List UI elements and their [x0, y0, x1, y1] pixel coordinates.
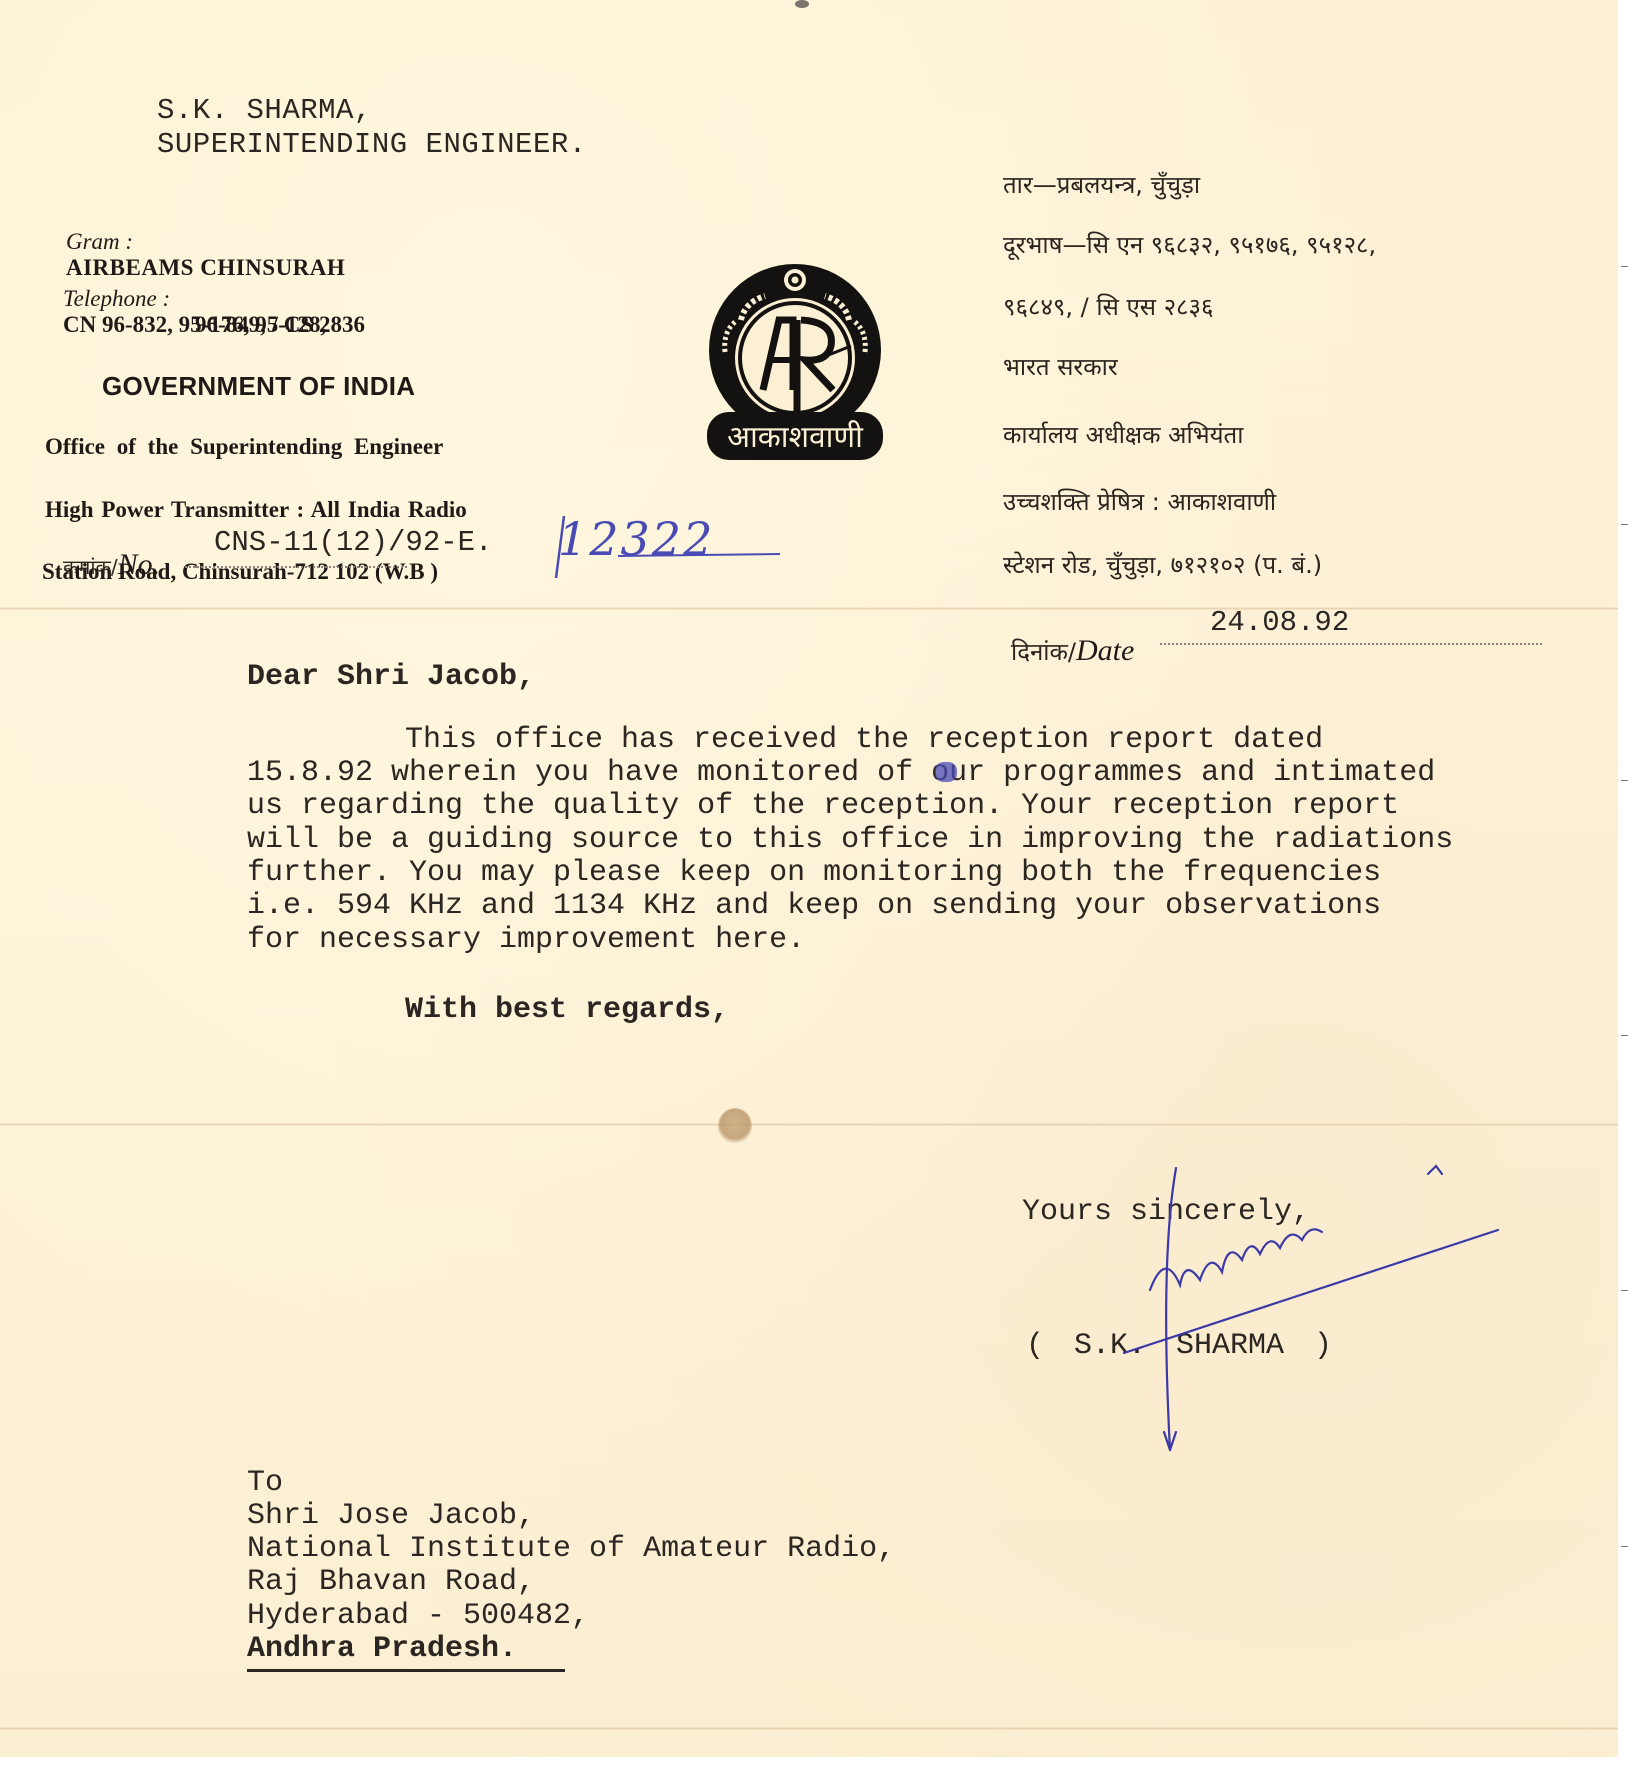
scan-edge-mark [1621, 1035, 1628, 1036]
officer-title: SUPERINTENDING ENGINEER. [157, 128, 587, 161]
body-line: i.e. 594 KHz and 1134 KHz and keep on se… [247, 890, 1381, 923]
paper-fold-line [0, 1123, 1618, 1126]
hindi-gram-line: तार—प्रबलयन्त्र, चुँचुड़ा [1003, 168, 1200, 201]
body-line: 15.8.92 wherein you have monitored of ou… [247, 757, 1435, 790]
all-india-radio-emblem-icon: आकाशवाणी [705, 262, 885, 467]
recipient-line: National Institute of Amateur Radio, [247, 1533, 895, 1566]
date-label-english: Date [1076, 634, 1134, 667]
salutation: Dear Shri Jacob, [247, 660, 535, 694]
recipient-line: Raj Bhavan Road, [247, 1566, 535, 1599]
gram-label: Gram : [66, 229, 133, 254]
regards: With best regards, [405, 993, 729, 1027]
recipient-line: Shri Jose Jacob, [247, 1500, 535, 1533]
hindi-government: भारत सरकार [1003, 350, 1118, 383]
to-label: To [247, 1467, 283, 1500]
svg-text:आकाशवाणी: आकाशवाणी [727, 420, 864, 455]
ink-spot [795, 0, 809, 8]
signature-icon [1110, 1140, 1530, 1460]
reference-number: क्रमांक/No. [55, 530, 160, 582]
ink-correction-mark [935, 762, 957, 782]
telephone-label: Telephone : [63, 286, 170, 311]
station-name: High Power Transmitter : All India Radio [45, 497, 467, 523]
government-of-india: GOVERNMENT OF INDIA [102, 371, 415, 402]
hindi-address: स्टेशन रोड, चुँचुड़ा, ७१२१०२ (प. बं.) [1003, 548, 1322, 581]
paper-fold-line [0, 607, 1618, 610]
scan-edge-mark [1621, 780, 1628, 781]
scan-edge-mark [1621, 524, 1628, 525]
reference-dotted-line [185, 566, 407, 568]
recipient-line: Hyderabad - 500482, [247, 1600, 589, 1633]
scan-edge-mark [1621, 266, 1628, 267]
hindi-telephone-cont: ९६८४९, / सि एस २८३६ [1003, 290, 1214, 323]
paper-fold-line [0, 1727, 1618, 1730]
telephone-numbers-cont: 96-849, / CS 2836 [195, 312, 365, 338]
handwritten-underline [548, 512, 788, 582]
scan-edge-mark [1621, 1290, 1628, 1291]
reference-value: CNS-11(12)/92-E. [214, 526, 492, 559]
body-line: for necessary improvement here. [247, 924, 805, 957]
date-label-hindi: दिनांक/ [1011, 638, 1076, 666]
scan-edge-mark [1621, 1546, 1628, 1547]
body-line: further. You may please keep on monitori… [247, 857, 1381, 890]
body-line: This office has received the reception r… [405, 724, 1323, 757]
office-name: Office of the Superintending Engineer [45, 434, 443, 460]
recipient-state: Andhra Pradesh. [247, 1633, 517, 1666]
paper-stain [718, 1108, 752, 1144]
date-label-group: दिनांक/Date [1003, 616, 1134, 668]
hindi-office: कार्यालय अधीक्षक अभियंता [1003, 418, 1243, 451]
date-value: 24.08.92 [1210, 606, 1349, 639]
hindi-telephone-line: दूरभाष—सि एन ९६८३२, ९५१७६, ९५१२८, [1003, 228, 1376, 261]
reference-label-hindi: क्रमांक/ [63, 555, 118, 579]
state-underline [247, 1669, 565, 1672]
date-dotted-line [1160, 643, 1542, 645]
officer-name: S.K. SHARMA, [157, 94, 372, 127]
reference-label: No. [118, 548, 161, 581]
hindi-station: उच्चशक्ति प्रेषित्र : आकाशवाणी [1003, 485, 1276, 518]
body-line: us regarding the quality of the receptio… [247, 790, 1399, 823]
body-line: will be a guiding source to this office … [247, 824, 1453, 857]
